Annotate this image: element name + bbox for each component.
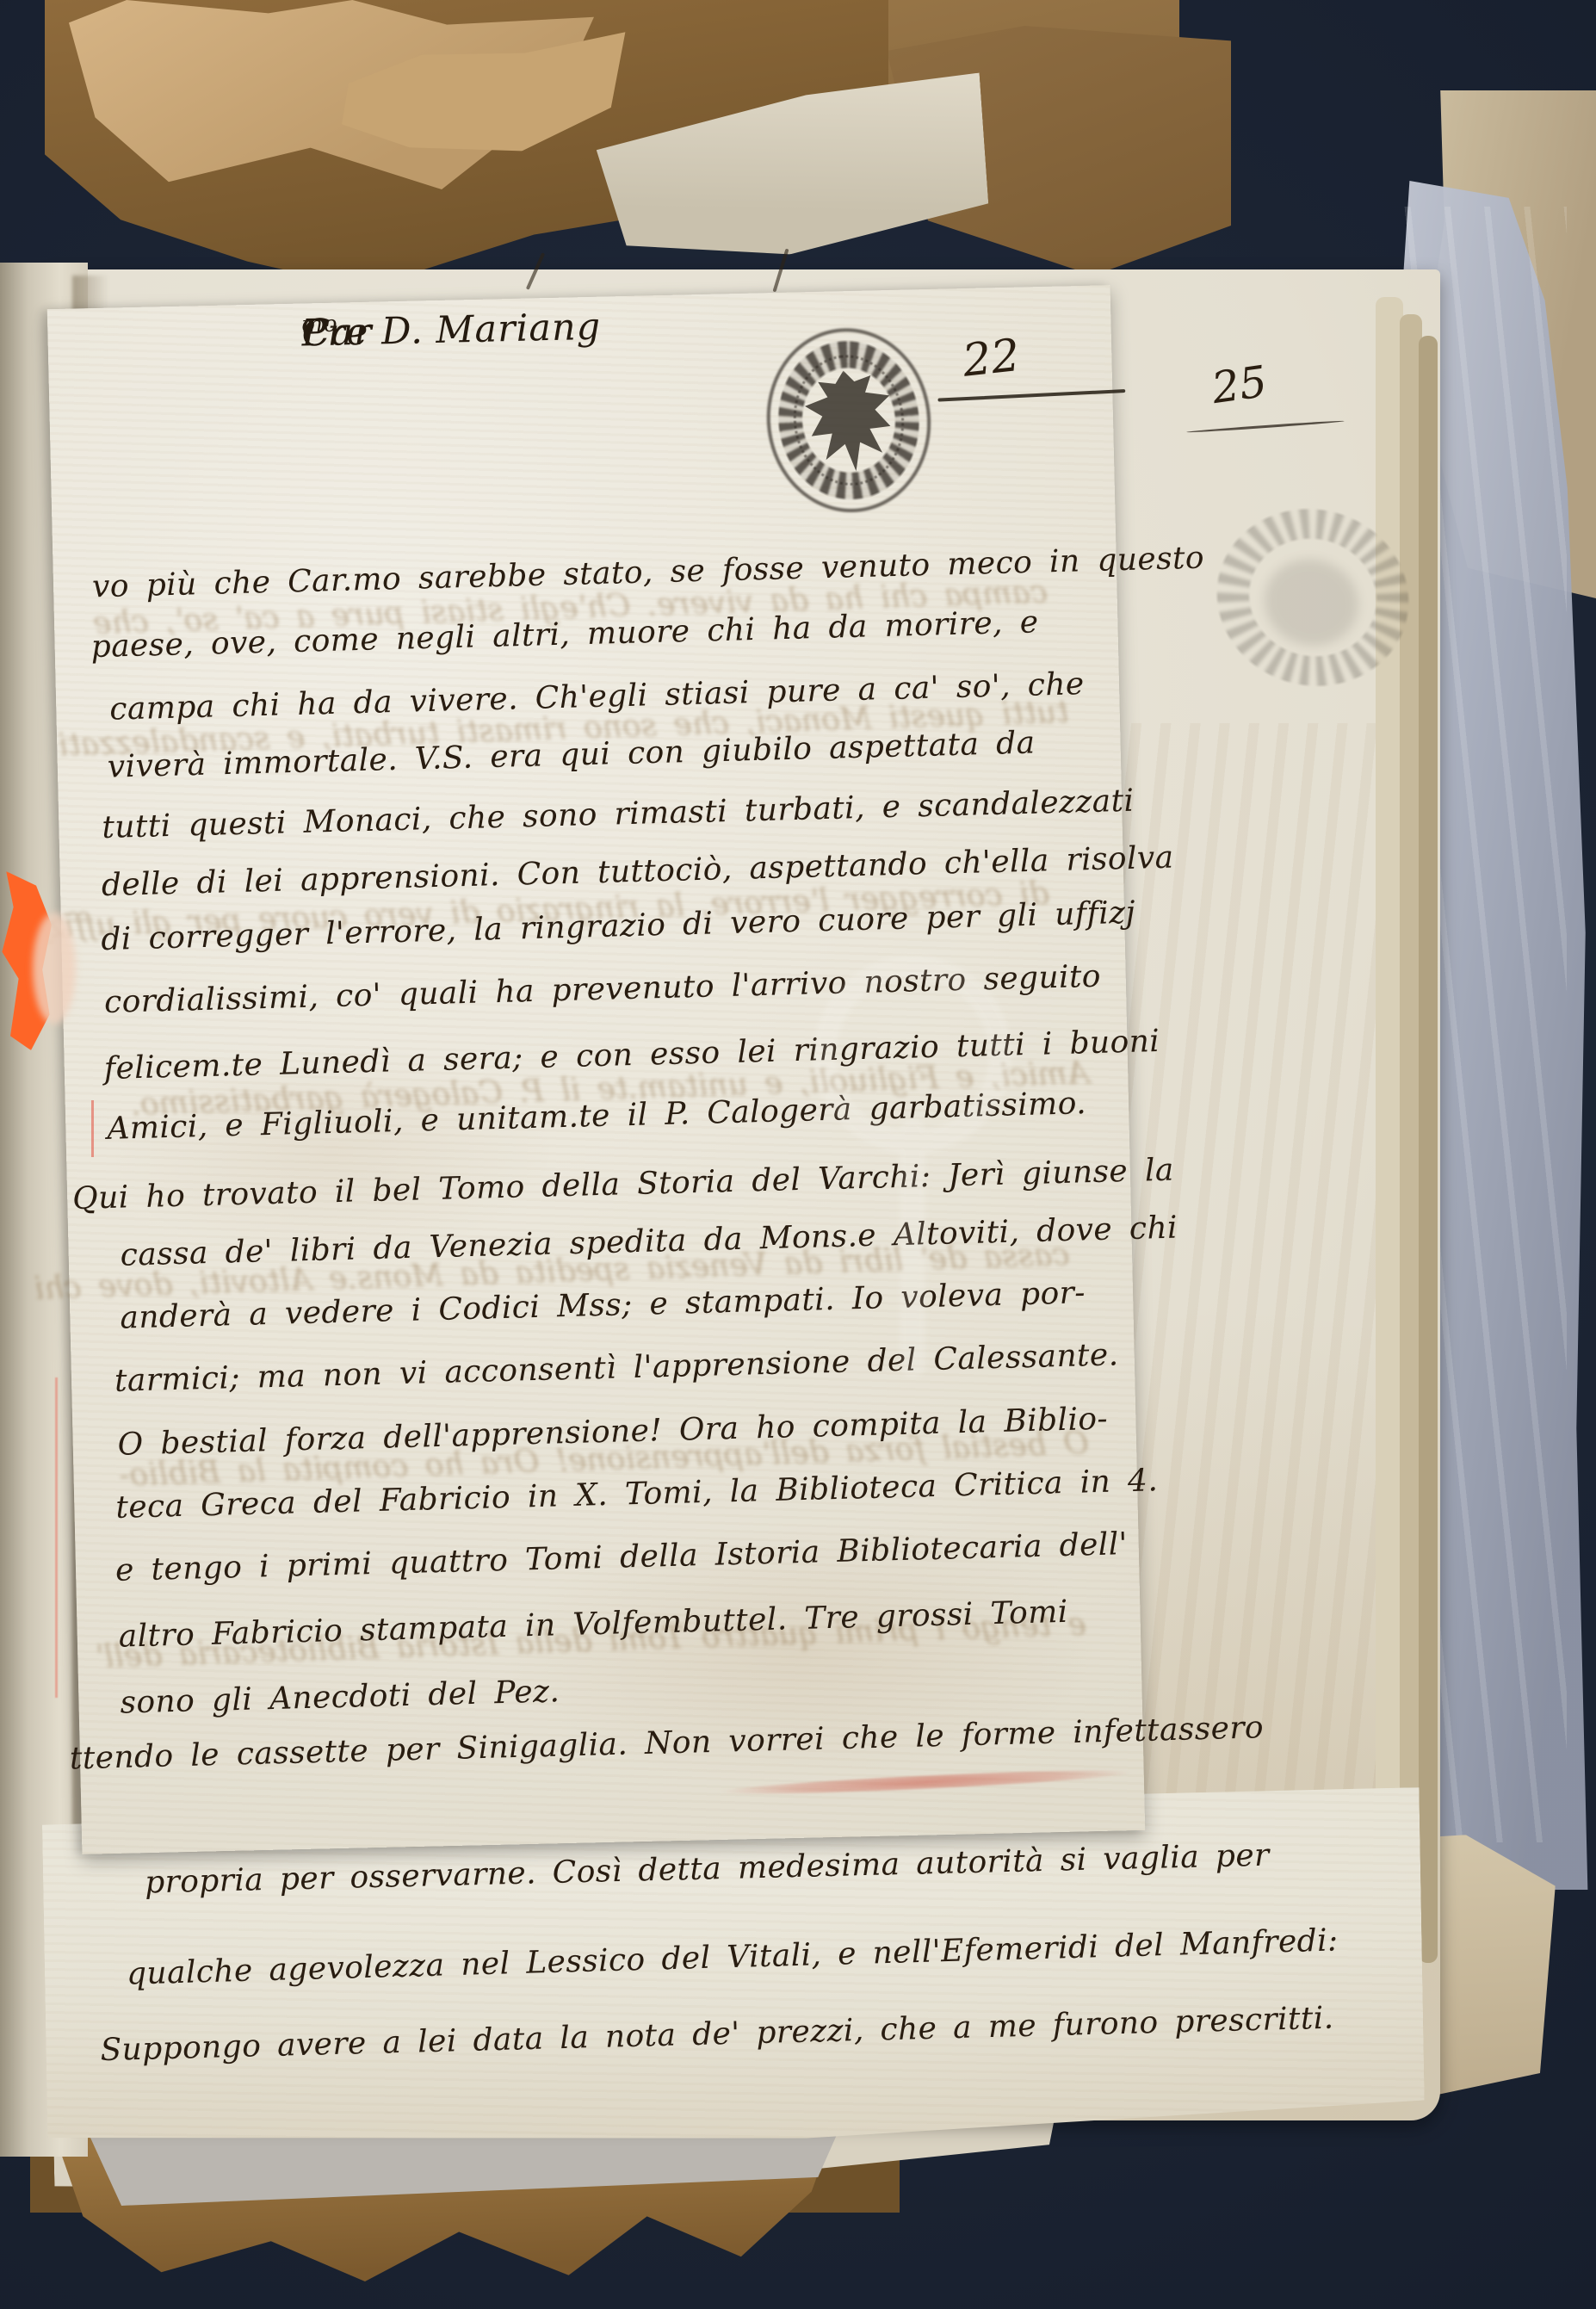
red-margin-line-long [55, 1377, 58, 1698]
recipient-superscript: mo [301, 312, 338, 338]
digitization-watermark-icon [779, 930, 1063, 1377]
bottom-sheet-line: Suppongo avere a lei data la nota de' pr… [100, 2001, 1334, 2069]
red-margin-line-short [91, 1100, 94, 1157]
page-25-bleedthrough [1102, 723, 1395, 1946]
folio-number-25: 25 [1209, 356, 1270, 413]
orange-chalk-highlight [33, 913, 76, 1025]
bottom-sheet-line: qualche agevolezza nel Lessico del Vital… [126, 1922, 1339, 1991]
watermark-stem [900, 1119, 925, 1377]
folio-number-22: 22 [960, 330, 1022, 387]
round-ink-stamp-icon [758, 321, 938, 519]
manuscript-photo: 25 aro le quali non ssi questo andar poc… [0, 0, 1596, 2309]
